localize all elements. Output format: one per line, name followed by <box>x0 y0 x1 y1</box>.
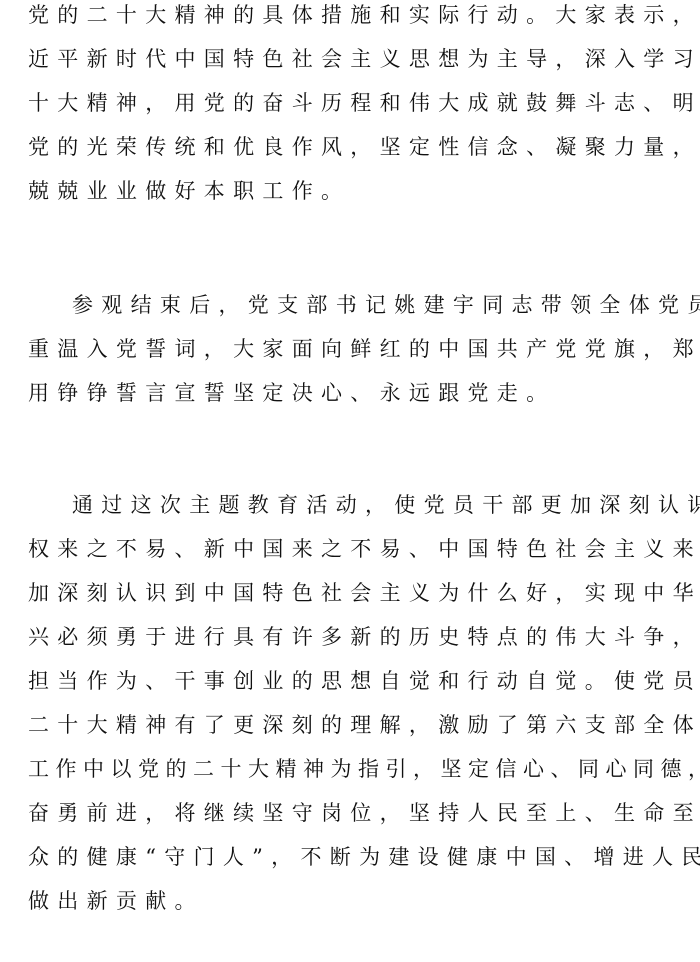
text-line: 用铮铮誓言宣誓坚定决心、永远跟党走。 <box>28 378 688 408</box>
text-line: 众的健康“守门人”，不断为建设健康中国、增进人民健康福祉 <box>28 842 688 872</box>
text-line: 近平新时代中国特色社会主义思想为主导，深入学习贯彻党的二 <box>28 44 688 74</box>
text-line: 党的光荣传统和优良作风，坚定性信念、凝聚力量，立足岗位， <box>28 132 688 162</box>
text-line: 加深刻认识到中国特色社会主义为什么好，实现中华民族伟大复 <box>28 578 688 608</box>
text-line: 权来之不易、新中国来之不易、中国特色社会主义来之不易，更 <box>28 534 688 564</box>
text-line: 工作中以党的二十大精神为指引，坚定信心、同心同德，埋头苦干、 <box>28 754 688 784</box>
text-line: 奋勇前进，将继续坚守岗位，坚持人民至上、生命至上，做好群 <box>28 798 688 828</box>
text-line: 担当作为、干事创业的思想自觉和行动自觉。使党员们对党的 <box>28 666 688 696</box>
text-line: 做出新贡献。 <box>28 886 688 916</box>
text-line: 兴必须勇于进行具有许多新的历史特点的伟大斗争，切实增强了 <box>28 622 688 652</box>
text-line: 党的二十大精神的具体措施和实际行动。大家表示，要始终以习 <box>28 0 688 30</box>
text-line: 二十大精神有了更深刻的理解，激励了第六支部全体党员在学习 <box>28 710 688 740</box>
document-page: 党的二十大精神的具体措施和实际行动。大家表示，要始终以习 近平新时代中国特色社会… <box>0 0 700 962</box>
text-line: 兢兢业业做好本职工作。 <box>28 176 688 206</box>
text-line: 重温入党誓词，大家面向鲜红的中国共产党党旗，郑重举起右手 <box>28 334 688 364</box>
text-line: 参观结束后，党支部书记姚建宇同志带领全体党员面向党旗 <box>72 290 700 320</box>
text-line: 十大精神，用党的奋斗历程和伟大成就鼓舞斗志、明确方向，用 <box>28 88 688 118</box>
text-line: 通过这次主题教育活动，使党员干部更加深刻认识到红色政 <box>72 490 700 520</box>
